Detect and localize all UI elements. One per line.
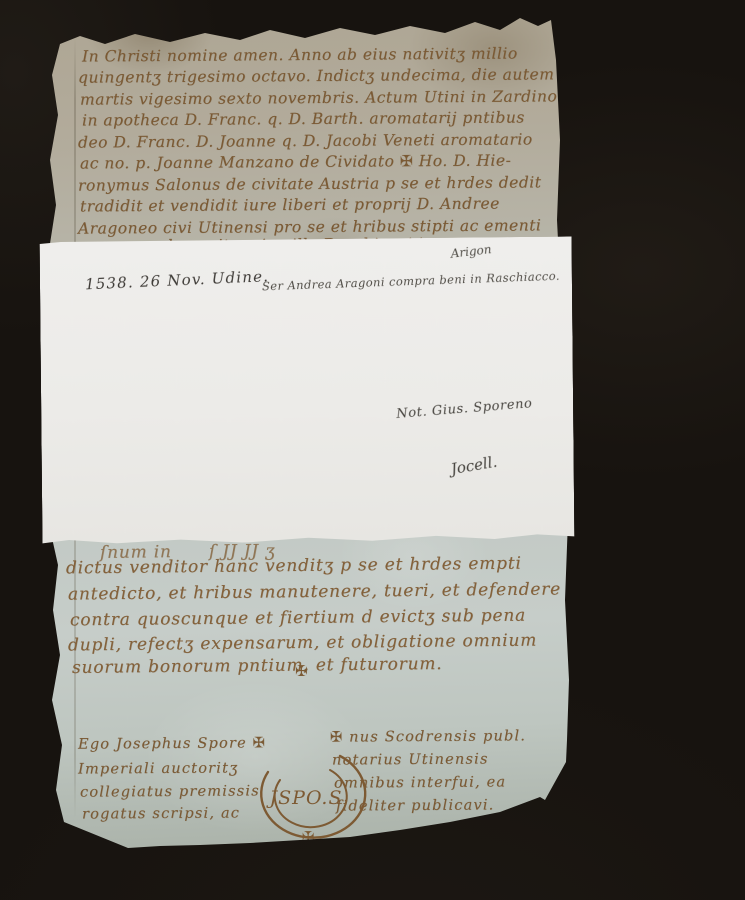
- slip-signature: Jocell.: [450, 455, 499, 478]
- manuscript-line: ✠ nus Scodrensis publ.: [330, 729, 526, 745]
- slip-summary-note: Ser Andrea Aragoni compra beni in Raschi…: [262, 271, 560, 293]
- notary-monogram: JSPO.S: [266, 787, 343, 809]
- slip-note-arigon: Arigon: [450, 243, 492, 260]
- notarial-sign: JSPO.S ✠: [256, 746, 372, 854]
- maltese-cross-icon: ✠: [302, 828, 315, 846]
- slip-notary-note: Not. Gius. Sporeno: [396, 397, 533, 421]
- archival-slip: Arigon 1538. 26 Nov. Udine. Ser Andrea A…: [40, 236, 575, 544]
- manuscript-photo-scene: In Christi nomine amen. Anno ab eius nat…: [0, 0, 745, 900]
- crescent-mark-icon: JSPO.S ✠: [256, 746, 372, 854]
- slip-date-note: 1538. 26 Nov. Udine.: [85, 269, 270, 292]
